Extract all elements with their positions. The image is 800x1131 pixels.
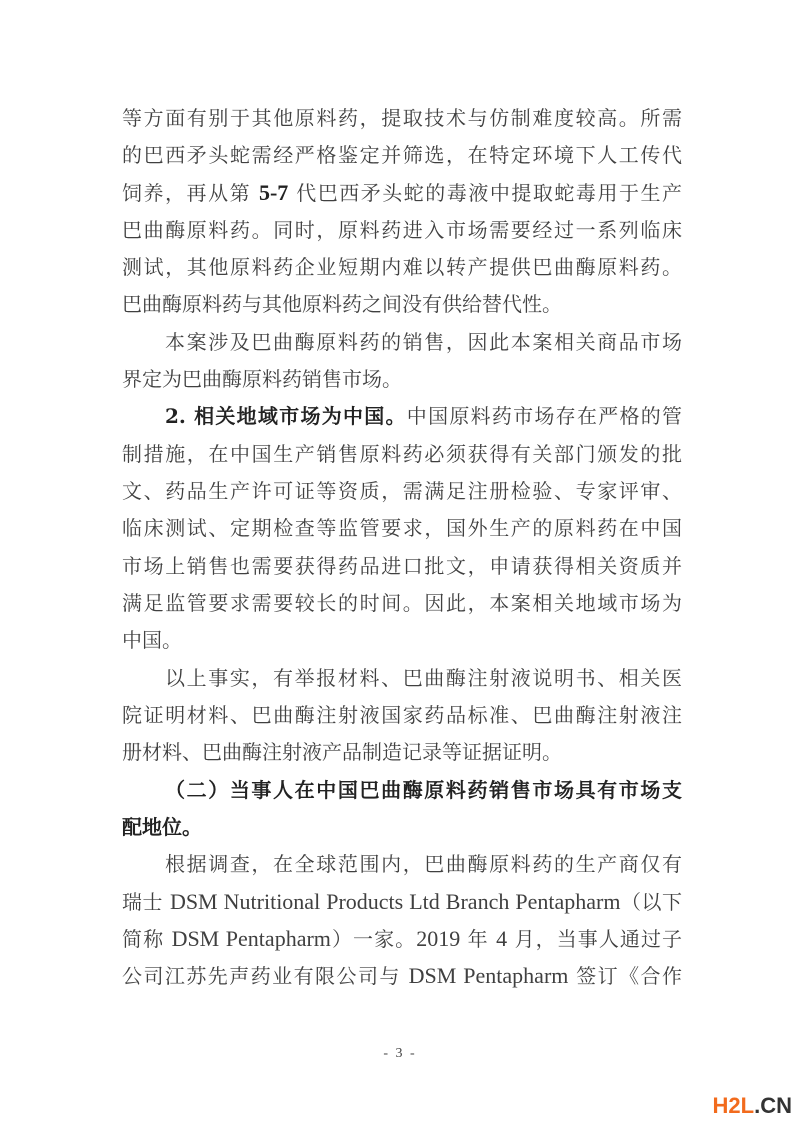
text-span: （以下 — [620, 890, 682, 914]
generation-range: 5-7 — [259, 180, 288, 205]
text-line: 界定为巴曲酶原料药销售市场。 — [122, 364, 682, 394]
text-line: 院证明材料、巴曲酶注射液国家药品标准、巴曲酶注射液注 — [122, 700, 682, 730]
text-line: 临床测试、定期检查等监管要求，国外生产的原料药在中国 — [122, 513, 682, 543]
text-line: 本案涉及巴曲酶原料药的销售，因此本案相关商品市场 — [165, 327, 682, 357]
text-line: 满足监管要求需要较长的时间。因此，本案相关地域市场为 — [122, 588, 682, 618]
text-line: 册材料、巴曲酶注射液产品制造记录等证据证明。 — [122, 737, 682, 767]
text-span: 简称 — [122, 927, 172, 951]
text-span: 签订《合作 — [568, 964, 682, 988]
company-name: DSM Nutritional Products Ltd Branch Pent… — [170, 889, 621, 914]
text-span: 月，当事人通过子 — [507, 927, 682, 951]
section-heading-dominant-position: （二）当事人在中国巴曲酶原料药销售市场具有市场支 — [165, 775, 682, 805]
text-span: ）一家。 — [331, 927, 416, 951]
text-line: 以上事实，有举报材料、巴曲酶注射液说明书、相关医 — [165, 663, 682, 693]
company-short-name: DSM Pentapharm — [172, 926, 331, 951]
text-line: 瑞士 DSM Nutritional Products Ltd Branch P… — [122, 887, 682, 917]
text-line: 文、药品生产许可证等资质，需满足注册检验、专家评审、 — [122, 476, 682, 506]
text-line: 制措施，在中国生产销售原料药必须获得有关部门颁发的批 — [122, 439, 682, 469]
company-short-name: DSM Pentapharm — [409, 963, 569, 988]
text-line: 巴曲酶原料药与其他原料药之间没有供给替代性。 — [122, 289, 682, 319]
text-line: 简称 DSM Pentapharm）一家。2019 年 4 月，当事人通过子 — [122, 924, 682, 954]
text-line: 根据调查，在全球范围内，巴曲酶原料药的生产商仅有 — [165, 849, 682, 879]
text-line: 测试，其他原料药企业短期内难以转产提供巴曲酶原料药。 — [122, 252, 682, 282]
watermark-brand: H2L — [713, 1093, 755, 1118]
text-line: 2. 相关地域市场为中国。中国原料药市场存在严格的管 — [165, 401, 682, 431]
text-line: 饲养，再从第 5-7 代巴西矛头蛇的毒液中提取蛇毒用于生产 — [122, 178, 682, 208]
section-heading-geographic-market: 2. 相关地域市场为中国。 — [165, 404, 407, 428]
text-line: 等方面有别于其他原料药，提取技术与仿制难度较高。所需 — [122, 103, 682, 133]
page-number: - 3 - — [0, 1046, 800, 1062]
text-span: 瑞士 — [122, 890, 170, 914]
text-span: 公司江苏先声药业有限公司与 — [122, 964, 409, 988]
text-span: 代巴西矛头蛇的毒液中提取蛇毒用于生产 — [288, 181, 682, 205]
watermark-logo: H2L.CN — [713, 1093, 792, 1119]
text-line: 市场上销售也需要获得药品进口批文，申请获得相关资质并 — [122, 551, 682, 581]
month: 4 — [496, 926, 507, 951]
text-span: 中国原料药市场存在严格的管 — [407, 404, 682, 428]
watermark-suffix: .CN — [754, 1093, 792, 1118]
text-span: 饲养，再从第 — [122, 181, 259, 205]
text-line: 中国。 — [122, 625, 682, 655]
text-line: 公司江苏先声药业有限公司与 DSM Pentapharm 签订《合作 — [122, 961, 682, 991]
text-line: 巴曲酶原料药。同时，原料药进入市场需要经过一系列临床 — [122, 215, 682, 245]
text-line: 的巴西矛头蛇需经严格鉴定并筛选，在特定环境下人工传代 — [122, 140, 682, 170]
year: 2019 — [416, 926, 460, 951]
section-heading-dominant-position-cont: 配地位。 — [122, 812, 682, 842]
text-span: 年 — [460, 927, 496, 951]
document-page: 等方面有别于其他原料药，提取技术与仿制难度较高。所需 的巴西矛头蛇需经严格鉴定并… — [0, 0, 800, 1131]
